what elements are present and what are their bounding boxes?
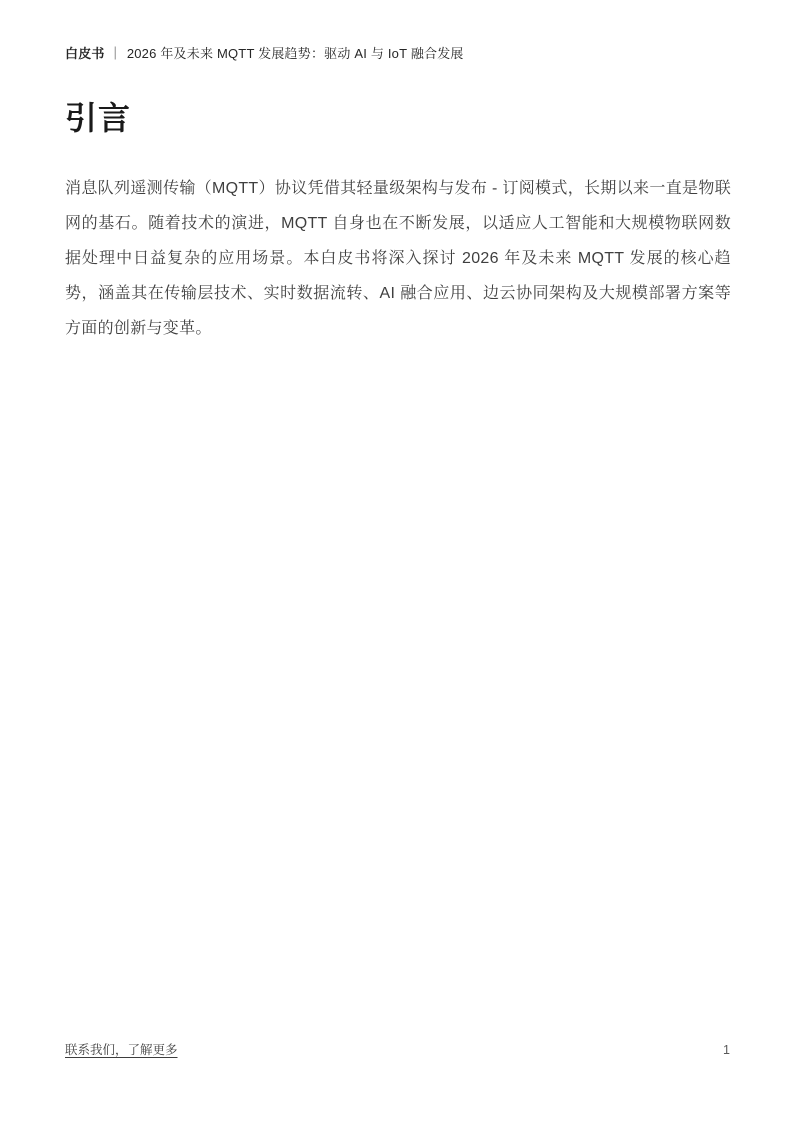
contact-us-link[interactable]: 联系我们，了解更多 [65, 1041, 178, 1059]
page-header: 白皮书｜2026 年及未来 MQTT 发展趋势：驱动 AI 与 IoT 融合发展 [65, 45, 730, 63]
doc-type-label: 白皮书 [65, 46, 105, 61]
section-heading: 引言 [65, 96, 730, 140]
header-separator: ｜ [109, 46, 122, 61]
page-number: 1 [723, 1041, 730, 1059]
document-page: 白皮书｜2026 年及未来 MQTT 发展趋势：驱动 AI 与 IoT 融合发展… [0, 0, 794, 1123]
header-doc-title: 2026 年及未来 MQTT 发展趋势：驱动 AI 与 IoT 融合发展 [127, 46, 464, 61]
page-footer: 联系我们，了解更多 1 [65, 1041, 730, 1059]
intro-paragraph: 消息队列遥测传输（MQTT）协议凭借其轻量级架构与发布 - 订阅模式，长期以来一… [65, 171, 731, 346]
